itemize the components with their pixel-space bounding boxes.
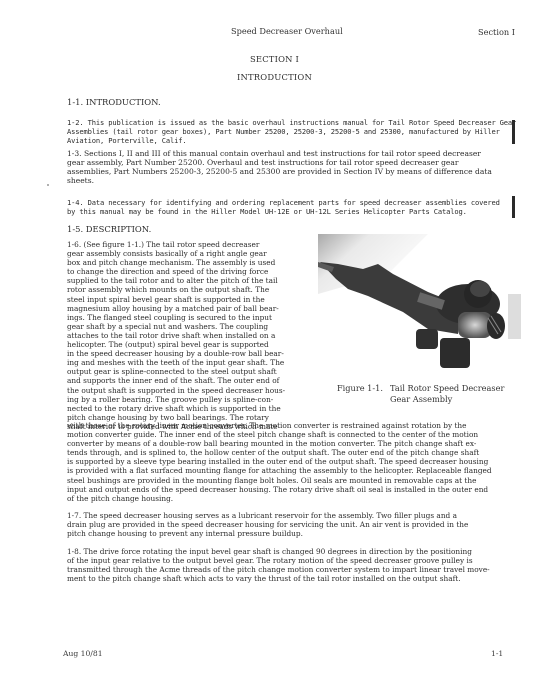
page-number: 1-1	[491, 649, 503, 658]
paragraph-heading-introduction: 1-1. INTRODUCTION.	[67, 97, 161, 107]
text-line: transmitted through the Acme threads of …	[67, 565, 517, 574]
text-line: in the speed decreaser housing by a doub…	[67, 349, 317, 358]
paragraph-1-8: 1-8. The drive force rotating the input …	[67, 547, 517, 583]
text-line: 1-7. The speed decreaser housing serves …	[67, 511, 517, 520]
text-line: 1-4. Data necessary for identifying and …	[67, 198, 507, 207]
text-line: is provided with a flat surfaced mountin…	[67, 466, 517, 475]
text-line: assemblies, Part Numbers 25200-3, 25200-…	[67, 168, 507, 177]
text-line: Assemblies (tail rotor gear boxes), Part…	[67, 127, 507, 136]
text-line: and supports the inner end of the shaft.…	[67, 376, 317, 385]
scan-speck	[47, 184, 49, 186]
text-line: magnesium alloy housing by a matched pai…	[67, 304, 317, 313]
paragraph-1-6-continuation: with those of the rotary linear motion c…	[67, 421, 517, 503]
text-line: is supported by a sleeve type bearing in…	[67, 457, 517, 466]
text-line: ment to the pitch change shaft which act…	[67, 574, 517, 583]
gear-assembly-photo	[318, 234, 523, 374]
paragraph-1-2: 1-2. This publication is issued as the b…	[67, 118, 507, 145]
text-line: helicopter. The (output) spiral bevel ge…	[67, 340, 317, 349]
text-line: sheets.	[67, 177, 507, 186]
revision-bar	[512, 196, 515, 218]
text-line: tends through, and is splined to, the ho…	[67, 448, 517, 457]
text-line: supplied to the tail rotor and to alter …	[67, 276, 317, 285]
paragraph-heading-description: 1-5. DESCRIPTION.	[67, 224, 151, 234]
running-header-section: Section I	[478, 27, 515, 37]
text-line: by this manual may be found in the Hille…	[67, 207, 507, 216]
section-number: SECTION I	[0, 54, 541, 64]
text-line: motion converter guide. The inner end of…	[67, 430, 517, 439]
text-line: 1-6. (See figure 1-1.) The tail rotor sp…	[67, 240, 317, 249]
text-line: drain plug are provided in the speed dec…	[67, 520, 517, 529]
text-line: gear assembly consists basically of a ri…	[67, 249, 317, 258]
text-line: nected to the rotary drive shaft which i…	[67, 404, 317, 413]
text-line: gear shaft by a special nut and washers.…	[67, 322, 317, 331]
text-line: with those of the rotary linear motion c…	[67, 421, 517, 430]
paragraph-1-6-column: 1-6. (See figure 1-1.) The tail rotor sp…	[67, 240, 317, 431]
running-header-title: Speed Decreaser Overhaul	[231, 26, 343, 36]
figure-caption-title-line2: Gear Assembly	[390, 394, 452, 404]
text-line: input and output ends of the speed decre…	[67, 485, 517, 494]
revision-bar	[512, 120, 515, 144]
text-line: box and pitch change mechanism. The asse…	[67, 258, 317, 267]
paragraph-1-7: 1-7. The speed decreaser housing serves …	[67, 511, 517, 538]
figure-caption-label: Figure 1-1.	[337, 383, 383, 393]
paragraph-1-4: 1-4. Data necessary for identifying and …	[67, 198, 507, 216]
text-line: 1-2. This publication is issued as the b…	[67, 118, 507, 127]
text-line: converter by means of a double-row ball …	[67, 439, 517, 448]
text-line: steel bushings are provided in the mount…	[67, 476, 517, 485]
text-line: rotor assembly which mounts on the outpu…	[67, 285, 317, 294]
text-line: ing and meshes with the teeth of the inp…	[67, 358, 317, 367]
text-line: attaches to the tail rotor drive shaft w…	[67, 331, 317, 340]
footer-date: Aug 10/81	[63, 649, 103, 658]
text-line: steel input spiral bevel gear shaft is s…	[67, 295, 317, 304]
text-line: Aviation, Porterville, Calif.	[67, 136, 507, 145]
text-line: output gear is spline-connected to the s…	[67, 367, 317, 376]
text-line: of the input gear relative to the output…	[67, 556, 517, 565]
text-line: ings. The flanged steel coupling is secu…	[67, 313, 317, 322]
text-line: 1-8. The drive force rotating the input …	[67, 547, 517, 556]
text-line: to change the direction and speed of the…	[67, 267, 317, 276]
section-title: INTRODUCTION	[0, 72, 541, 82]
text-line: ing by a roller bearing. The groove pull…	[67, 395, 317, 404]
text-line: the output shaft is supported in the spe…	[67, 386, 317, 395]
text-line: pitch change housing to prevent any inte…	[67, 529, 517, 538]
figure-photo	[318, 234, 523, 374]
text-line: of the pitch change housing.	[67, 494, 517, 503]
figure-caption-title-line1: Tail Rotor Speed Decreaser	[390, 383, 504, 393]
paragraph-1-3: 1-3. Sections I, II and III of this manu…	[67, 150, 507, 186]
